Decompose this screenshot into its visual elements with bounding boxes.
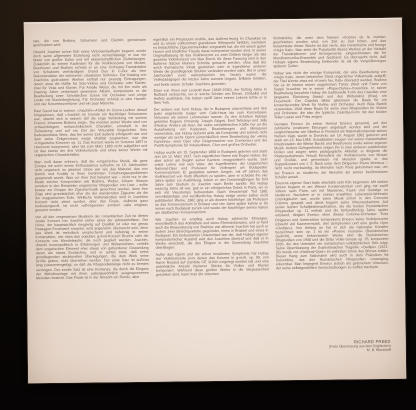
paragraph: Enescos eigener Start hatte ebenfalls se… bbox=[275, 180, 389, 270]
paper-edge-highlight bbox=[24, 18, 402, 25]
paragraph: Obwohl Joachim schon früh seine Virtuose… bbox=[33, 48, 147, 106]
credit-block: RICHARD FREED (Freie Übersetzung aus dem… bbox=[271, 339, 391, 354]
liner-notes-page: rate, die von Brahms, Schumann und Dietr… bbox=[24, 18, 406, 384]
paragraph: Der andere war Jenö Hubay, der in Budape… bbox=[154, 106, 267, 148]
text-columns: rate, die von Brahms, Schumann und Dietr… bbox=[33, 35, 393, 369]
paragraph: Hubay wurde am 15. September 1858 in Bud… bbox=[154, 149, 268, 215]
text-column-3: Violinstücke, die unter dem Namen »Scène… bbox=[273, 35, 390, 366]
paragraph: Man muß daran erinnern, daß die »ungaris… bbox=[34, 159, 148, 213]
paragraph: Außer den Opern und der schon erwähnten … bbox=[156, 251, 269, 277]
text-column-1: rate, die von Brahms, Schumann und Dietr… bbox=[33, 38, 150, 369]
paragraph: rate, die von Brahms, Schumann und Dietr… bbox=[33, 38, 146, 47]
paragraph: eigentlich ein Perpetuum mobile, das äuß… bbox=[153, 36, 267, 86]
paragraph: Einer von ihnen war Leopold Auer (1845-1… bbox=[154, 87, 267, 105]
paragraph: Violinstücke, die unter dem Namen »Scène… bbox=[273, 35, 386, 69]
paragraph: Paul David hat in seinem »Joachim«-Artik… bbox=[34, 108, 148, 158]
paragraph: Von all den vergessenen Musikern der rom… bbox=[35, 214, 149, 280]
paragraph: Wie Joachim so empfing auch Hubay zahlre… bbox=[155, 216, 268, 250]
paragraph: Hubay war nicht der einzige Komponist, d… bbox=[273, 70, 387, 120]
text-column-2: eigentlich ein Perpetuum mobile, das äuß… bbox=[153, 36, 270, 367]
album-back-cover-photo: rate, die von Brahms, Schumann und Dietr… bbox=[0, 0, 416, 410]
paragraph: Georges Enesco (in seiner Heimat Enescu … bbox=[274, 121, 388, 179]
